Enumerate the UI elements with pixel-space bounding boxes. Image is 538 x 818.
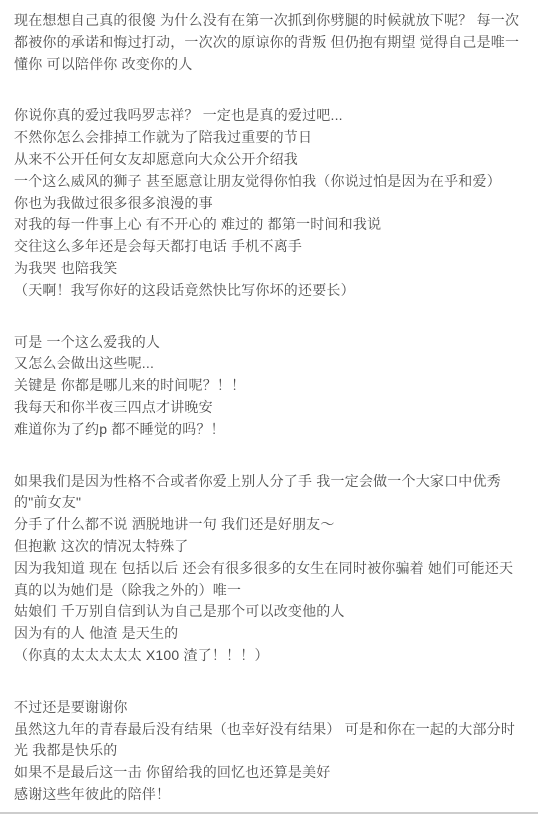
text-line: 姑娘们 千万别自信到认为自己是那个可以改变他的人 — [14, 601, 530, 623]
paragraph: 现在想想自己真的很傻 为什么没有在第一次抓到你劈腿的时候就放下呢？ 每一次都被你… — [14, 10, 530, 75]
text-line: （天啊！我写你好的这段话竟然快比写你坏的还要长） — [14, 280, 530, 302]
text-line: 从来不公开任何女友却愿意向大众公开介绍我 — [14, 149, 530, 171]
text-line: 关键是 你都是哪儿来的时间呢？！！ — [14, 375, 530, 397]
paragraph: 可是 一个这么爱我的人又怎么会做出这些呢...关键是 你都是哪儿来的时间呢？！！… — [14, 332, 530, 441]
text-line: 如果我们是因为性格不合或者你爱上别人分了手 我一定会做一个大家口中优秀 — [14, 471, 530, 493]
text-line: 我每天和你半夜三四点才讲晚安 — [14, 397, 530, 419]
text-line: 难道你为了约p 都不睡觉的吗？！ — [14, 419, 530, 441]
page: { "page": { "background_color": "#ffffff… — [0, 0, 538, 818]
text-line: 不过还是要谢谢你 — [14, 697, 530, 719]
text-line: 真的以为她们是（除我之外的）唯一 — [14, 580, 530, 602]
text-line: 对我的每一件事上心 有不开心的 难过的 都第一时间和我说 — [14, 214, 530, 236]
text-line: 现在想想自己真的很傻 为什么没有在第一次抓到你劈腿的时候就放下呢？ 每一次 — [14, 10, 530, 32]
paragraph: 如果我们是因为性格不合或者你爱上别人分了手 我一定会做一个大家口中优秀的"前女友… — [14, 471, 530, 667]
text-line: 因为我知道 现在 包括以后 还会有很多很多的女生在同时被你骗着 她们可能还天 — [14, 558, 530, 580]
text-line: 懂你 可以陪伴你 改变你的人 — [14, 54, 530, 76]
text-line: 分手了什么都不说 洒脱地讲一句 我们还是好朋友～ — [14, 514, 530, 536]
text-line: （你真的太太太太太 X100 渣了！！！） — [14, 645, 530, 667]
text-line: 虽然这九年的青春最后没有结果（也幸好没有结果） 可是和你在一起的大部分时 — [14, 719, 530, 741]
text-line: 交往这么多年还是会每天都打电话 手机不离手 — [14, 236, 530, 258]
text-line: 都被你的承诺和悔过打动，一次次的原谅你的背叛 但仍抱有期望 觉得自己是唯一 — [14, 32, 530, 54]
text-line: 的"前女友" — [14, 492, 530, 514]
text-line: 可是 一个这么爱我的人 — [14, 332, 530, 354]
text-line: 为我哭 也陪我笑 — [14, 258, 530, 280]
text-line: 你说你真的爱过我吗罗志祥？ 一定也是真的爱过吧... — [14, 105, 530, 127]
text-line: 不然你怎么会排掉工作就为了陪我过重要的节日 — [14, 127, 530, 149]
paragraph: 你说你真的爱过我吗罗志祥？ 一定也是真的爱过吧...不然你怎么会排掉工作就为了陪… — [14, 105, 530, 301]
paragraph: 不过还是要谢谢你虽然这九年的青春最后没有结果（也幸好没有结果） 可是和你在一起的… — [14, 697, 530, 806]
text-line: 光 我都是快乐的 — [14, 740, 530, 762]
bottom-divider — [0, 812, 538, 814]
text-line: 感谢这些年彼此的陪伴！ — [14, 784, 530, 806]
text-line: 但抱歉 这次的情况太特殊了 — [14, 536, 530, 558]
post-body: 现在想想自己真的很傻 为什么没有在第一次抓到你劈腿的时候就放下呢？ 每一次都被你… — [0, 0, 538, 806]
text-line: 又怎么会做出这些呢... — [14, 353, 530, 375]
text-line: 因为有的人 他渣 是天生的 — [14, 623, 530, 645]
text-line: 如果不是最后这一击 你留给我的回忆也还算是美好 — [14, 762, 530, 784]
text-line: 一个这么威风的狮子 甚至愿意让朋友觉得你怕我（你说过怕是因为在乎和爱） — [14, 171, 530, 193]
text-line: 你也为我做过很多很多浪漫的事 — [14, 193, 530, 215]
